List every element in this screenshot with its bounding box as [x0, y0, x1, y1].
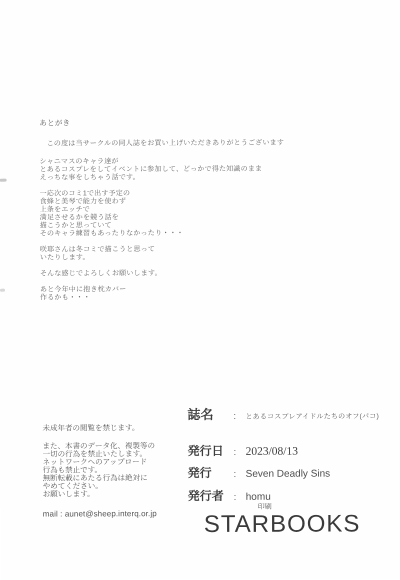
- publisher-label: 発行: [188, 464, 234, 481]
- scan-artifact: [0, 179, 7, 182]
- afterword-paragraph-concept: シャニマスのキャラ達が とあるコスプレをしてイベントに参加して、どっかで得た知識…: [40, 157, 360, 182]
- afterword-thanks-line: この度は当サークルの同人誌をお買い上げいただきありがとうございます: [39, 139, 359, 148]
- legal-notice-section: 未成年者の閲覧を禁じます。 また、本書のデータ化、複製等の 一切の行為を禁止いた…: [42, 424, 187, 519]
- printer-block: 印刷 STARBOOKS: [188, 503, 398, 537]
- printer-name: STARBOOKS: [204, 511, 398, 537]
- book-title-value: とあるコスプレアイドルたちのオフ(パコ): [245, 411, 379, 421]
- afterword-paragraph-closing: そんな感じでよろしくお願いします。: [40, 269, 360, 278]
- colophon-section: 誌名 : とあるコスプレアイドルたちのオフ(パコ) 発行日 : 2023/08/…: [187, 403, 397, 537]
- minor-restriction-notice: 未成年者の閲覧を禁じます。: [42, 424, 187, 433]
- scan-artifact: [0, 289, 5, 292]
- publisher-value: Seven Deadly Sins: [246, 469, 331, 480]
- colon-separator: :: [233, 411, 245, 421]
- colophon-row-author: 発行者 : homu: [188, 486, 398, 504]
- contact-email: mail : aunet@sheep.interq.or.jp: [43, 510, 188, 519]
- colophon-row-book-title: 誌名 : とあるコスプレアイドルたちのオフ(パコ): [187, 403, 397, 423]
- colon-separator: :: [234, 492, 246, 502]
- colophon-row-publish-date: 発行日 : 2023/08/13: [188, 441, 398, 459]
- publish-date-label: 発行日: [188, 442, 234, 459]
- author-label: 発行者: [188, 487, 234, 504]
- doujin-colophon-page: あとがき この度は当サークルの同人誌をお買い上げいただきありがとうございます シ…: [0, 0, 400, 580]
- afterword-paragraph-plans: 一応次のコミ1で出す予定の 食蜂と美琴で能力を使わず 上条をエッチで 満足させる…: [40, 189, 360, 238]
- publish-date-value: 2023/08/13: [246, 446, 298, 458]
- afterword-paragraph-sakuya: 咲耶さんは冬コミで描こうと思って いたりします。: [40, 245, 360, 262]
- colon-separator: :: [234, 447, 246, 457]
- book-title-label: 誌名: [187, 404, 233, 423]
- reproduction-prohibition-notice: また、本書のデータ化、複製等の 一切の行為を禁止いたします。 ネットワークへのア…: [43, 442, 188, 499]
- afterword-heading: あとがき: [39, 118, 359, 127]
- afterword-section: あとがき この度は当サークルの同人誌をお買い上げいただきありがとうございます シ…: [39, 118, 360, 310]
- colon-separator: :: [234, 469, 246, 479]
- colophon-row-publisher-circle: 発行 : Seven Deadly Sins: [188, 463, 398, 481]
- afterword-paragraph-extra: あと今年中に抱き枕カバー 作るかも・・・: [40, 285, 360, 302]
- author-value: homu: [246, 492, 271, 503]
